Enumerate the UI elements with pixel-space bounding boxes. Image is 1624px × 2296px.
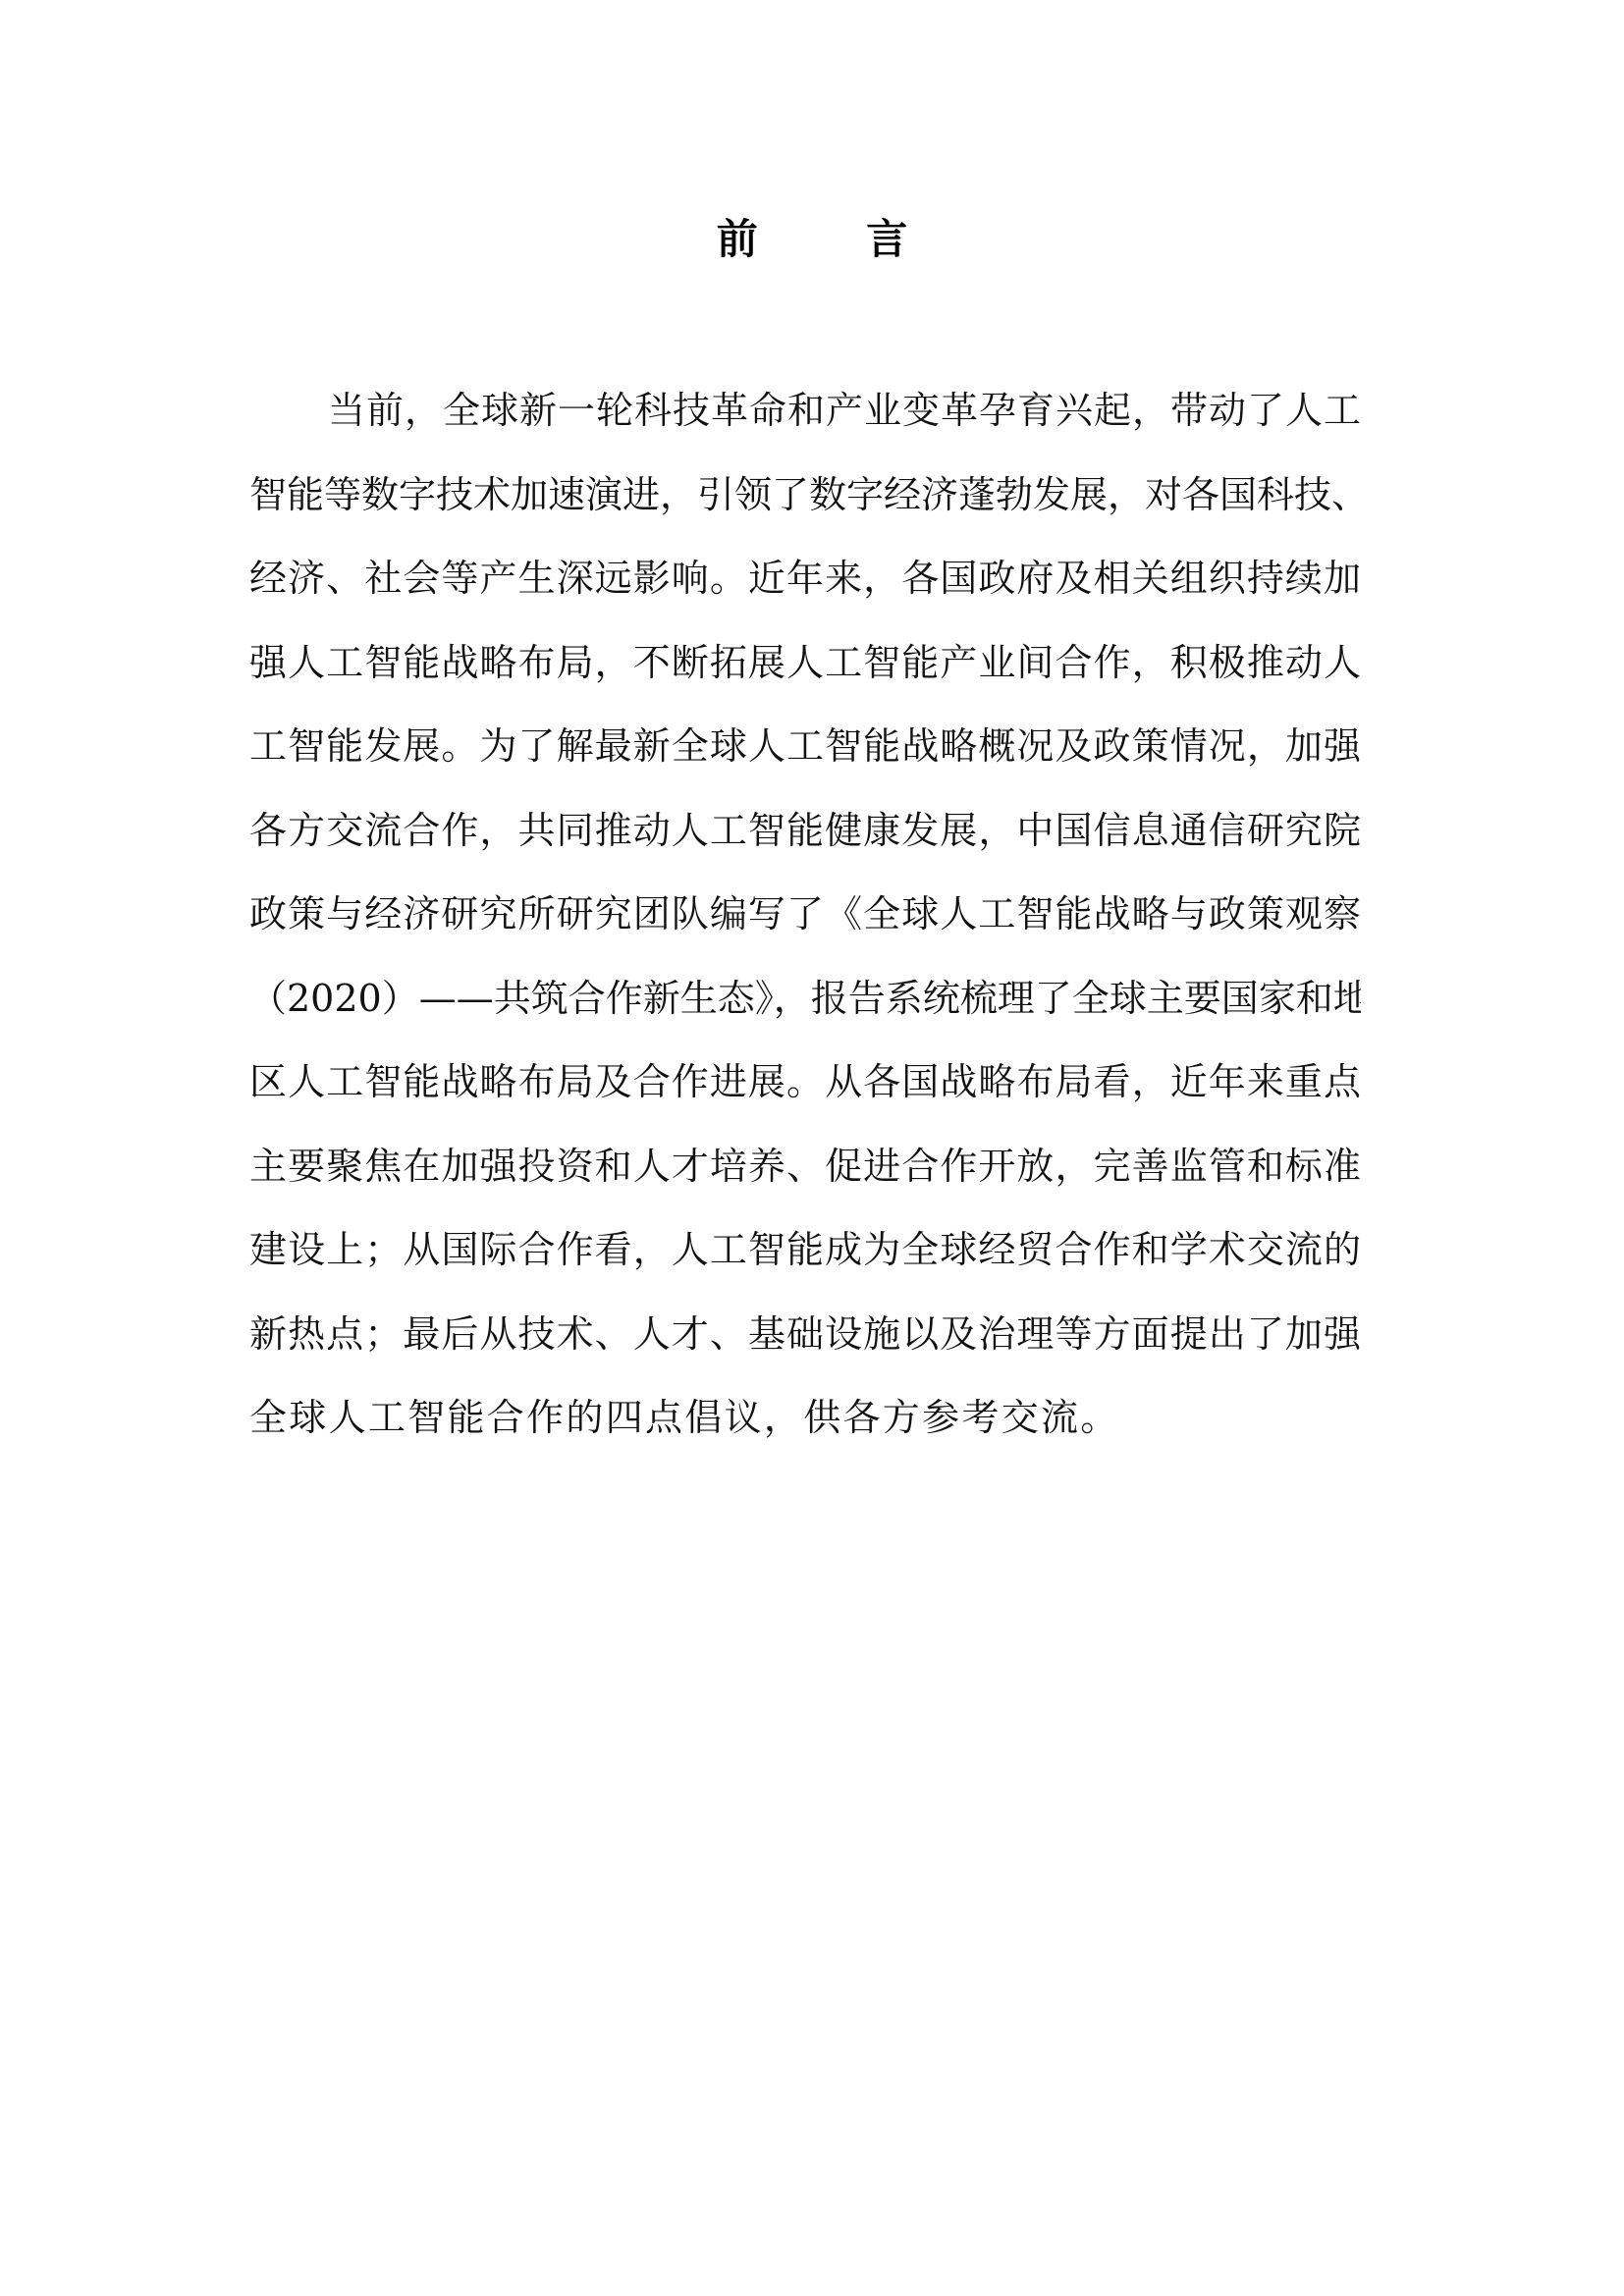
paragraph-line: 工智能发展。为了解最新全球人工智能战略概况及政策情况，加强	[249, 705, 1361, 789]
document-page: 前 言 当前，全球新一轮科技革命和产业变革孕育兴起，带动了人工 智能等数字技术加…	[0, 0, 1624, 2296]
paragraph-line: 政策与经济研究所研究团队编写了《全球人工智能战略与政策观察	[249, 873, 1361, 957]
paragraph-line: 经济、社会等产生深远影响。近年来，各国政府及相关组织持续加	[249, 537, 1361, 621]
paragraph-line: 当前，全球新一轮科技革命和产业变革孕育兴起，带动了人工	[249, 369, 1361, 454]
paragraph-line: 建设上；从国际合作看，人工智能成为全球经贸合作和学术交流的	[249, 1208, 1361, 1293]
paragraph-line: 各方交流合作，共同推动人工智能健康发展，中国信息通信研究院	[249, 789, 1361, 874]
paragraph-line: 主要聚焦在加强投资和人才培养、促进合作开放，完善监管和标准	[249, 1125, 1361, 1209]
paragraph-line: 智能等数字技术加速演进，引领了数字经济蓬勃发展，对各国科技、	[249, 454, 1361, 538]
paragraph-line: 全球人工智能合作的四点倡议，供各方参考交流。	[249, 1376, 1361, 1461]
paragraph-line: 区人工智能战略布局及合作进展。从各国战略布局看，近年来重点	[249, 1041, 1361, 1125]
paragraph-line: 强人工智能战略布局，不断拓展人工智能产业间合作，积极推动人	[249, 621, 1361, 706]
paragraph-line: （2020）——共筑合作新生态》，报告系统梳理了全球主要国家和地	[249, 957, 1361, 1041]
preface-paragraph: 当前，全球新一轮科技革命和产业变革孕育兴起，带动了人工 智能等数字技术加速演进，…	[249, 369, 1361, 1461]
page-title: 前 言	[0, 214, 1624, 265]
paragraph-line: 新热点；最后从技术、人才、基础设施以及治理等方面提出了加强	[249, 1293, 1361, 1377]
